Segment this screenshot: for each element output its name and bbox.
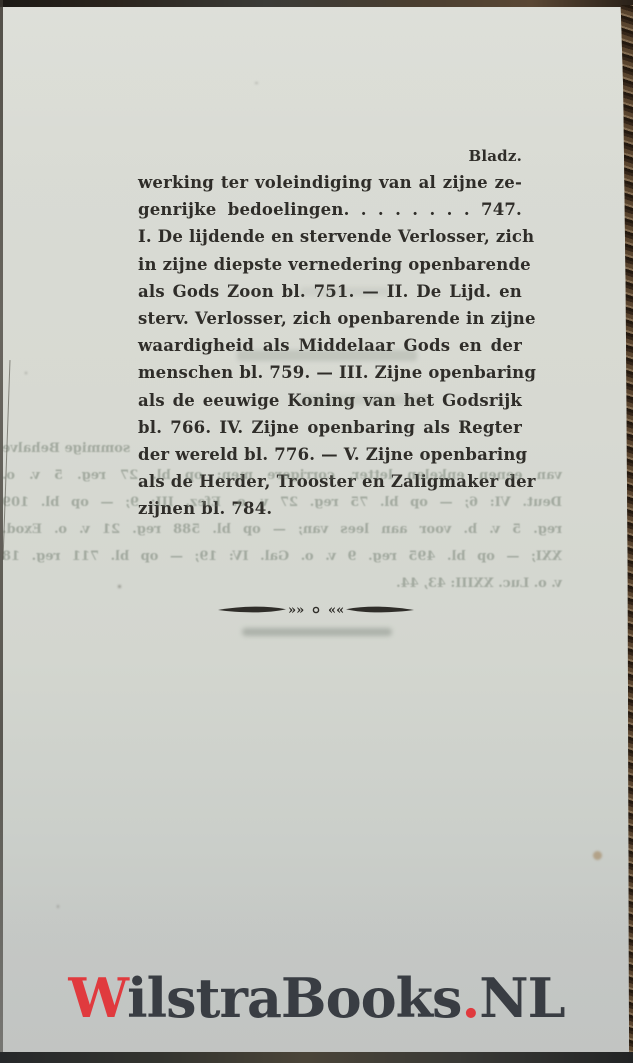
ornament-left-chevrons: »» (288, 603, 304, 618)
book-page-photo: Bladz. werking ter voleindiging van al z… (0, 0, 633, 1063)
book-left-edge (0, 0, 3, 1063)
text-line: in zijne diepste vernedering openbarende (138, 251, 522, 278)
bookseller-watermark: WilstraBooks.NL (0, 968, 633, 1028)
bleedthrough-line: v. o. Luc. XXIII: 43, 44. (2, 571, 562, 598)
text-line: genrijke bedoelingen. . . . . . . . 747. (138, 196, 522, 223)
book-top-edge (0, 0, 633, 7)
bleedthrough-line: sommige Behalve (2, 436, 562, 463)
ornament-right-chevrons: «« (328, 603, 344, 618)
bleedthrough-line: van eenen enkelen letter, corrigere men:… (2, 463, 562, 490)
text-line: werking ter voleindiging van al zijne ze… (138, 169, 522, 196)
paper-stain (593, 851, 602, 860)
paper-speck (255, 82, 258, 84)
bleedthrough-smudge (300, 395, 430, 405)
paper-speck (118, 585, 121, 588)
watermark-initial: W (68, 966, 127, 1030)
bleedthrough-line: XXI; — op bl. 495 reg. 9 v. o. Gal. IV: … (2, 544, 562, 571)
ornament-bleedthrough-shadow (242, 628, 392, 636)
watermark-dot: . (461, 966, 479, 1030)
paper-speck (25, 372, 27, 374)
bleedthrough-text: sommige Behalve van eenen enkelen letter… (2, 436, 562, 597)
ornament-center-ring (313, 607, 318, 612)
watermark-tld: NL (479, 966, 564, 1030)
bleedthrough-line: reg. 5 v. b. voor aan lees van; — op bl.… (2, 517, 562, 544)
bleedthrough-line: Deut. VI: 6; — op bl. 75 reg. 27 v. o. E… (2, 490, 562, 517)
text-line: I. De lijdende en stervende Verlosser, z… (138, 223, 522, 250)
watermark-middle: ilstraBooks (127, 966, 461, 1030)
page-header-bladz: Bladz. (138, 146, 522, 166)
bleedthrough-heading-smudge (237, 350, 417, 361)
text-line: sterv. Verlosser, zich openbarende in zi… (138, 305, 522, 332)
paper-speck (57, 905, 59, 908)
fleuron-divider-ornament: »» «« (216, 601, 416, 619)
photo-bottom-edge (0, 1052, 633, 1063)
bleedthrough-smudge (300, 287, 390, 296)
text-line: menschen bl. 759. — III. Zijne openbarin… (138, 359, 522, 386)
book-marbled-right-edge (619, 5, 633, 1052)
